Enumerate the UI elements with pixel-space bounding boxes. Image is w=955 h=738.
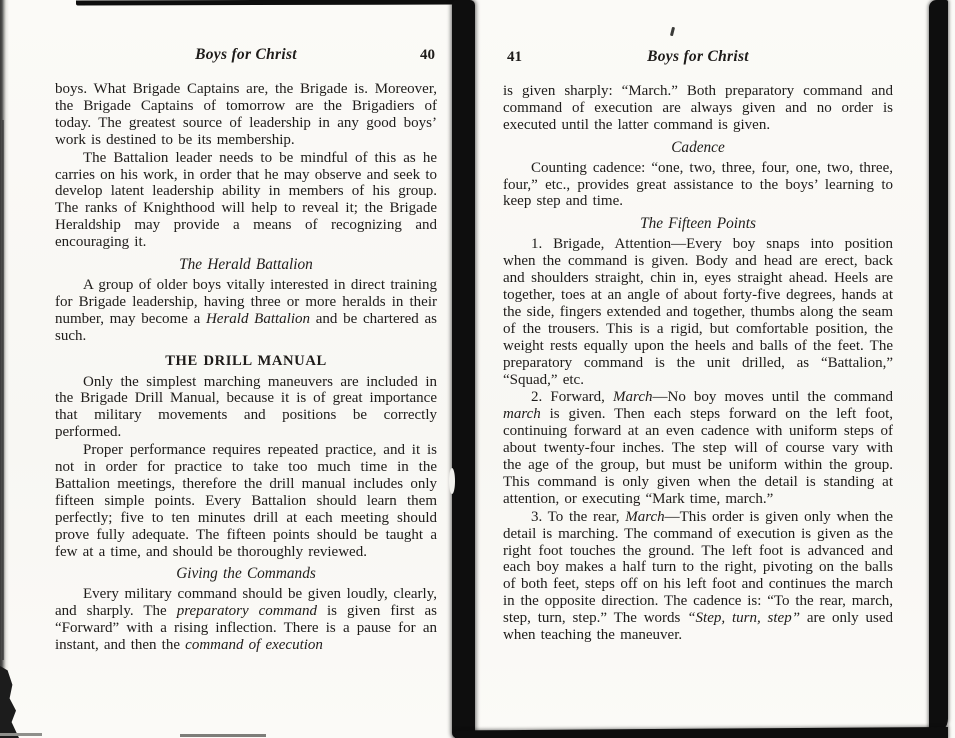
paragraph: The Battalion leader needs to be mindful… xyxy=(55,150,437,251)
running-title: Boys for Christ xyxy=(55,46,437,64)
section-heading: The Herald Battalion xyxy=(55,257,437,274)
paragraph: A group of older boys vitally interested… xyxy=(55,277,437,345)
paragraph: Counting cadence: “one, two, three, four… xyxy=(503,160,893,211)
gutter-nick xyxy=(449,468,455,494)
scan-left-streak xyxy=(2,120,4,660)
running-header-left: Boys for Christ 40 xyxy=(55,46,437,68)
paragraph: is given sharply: “March.” Both preparat… xyxy=(503,83,893,134)
page-number-right: 41 xyxy=(507,49,522,66)
scan-bottom-edge xyxy=(455,727,948,738)
paragraph: 1. Brigade, Attention—Every boy snaps in… xyxy=(503,236,893,388)
section-heading: Giving the Commands xyxy=(55,566,437,583)
scan-bottom-mark xyxy=(180,734,266,737)
paragraph: 3. To the rear, March—This order is give… xyxy=(503,509,893,644)
scan-bottom-left-corner xyxy=(0,666,20,738)
paragraph: 2. Forward, March—No boy moves until the… xyxy=(503,389,893,507)
scan-speck xyxy=(670,27,675,36)
right-page: Boys for Christ 41 is given sharply: “Ma… xyxy=(503,48,893,645)
scan-right-edge xyxy=(929,0,948,734)
paragraph: Every military command should be given l… xyxy=(55,586,437,654)
paragraph: boys. What Brigade Captains are, the Bri… xyxy=(55,81,437,149)
left-page: Boys for Christ 40 boys. What Brigade Ca… xyxy=(55,46,437,655)
section-heading: THE DRILL MANUAL xyxy=(55,353,437,370)
book-gutter xyxy=(452,0,475,738)
running-header-right: Boys for Christ 41 xyxy=(503,48,893,70)
scan-bottom-mark xyxy=(0,733,42,736)
section-heading: The Fifteen Points xyxy=(503,216,893,233)
scan-top-edge xyxy=(76,0,460,6)
running-title: Boys for Christ xyxy=(503,48,893,66)
paragraph: Only the simplest marching maneuvers are… xyxy=(55,374,437,442)
right-page-text: is given sharply: “March.” Both preparat… xyxy=(503,83,893,644)
page-number-left: 40 xyxy=(420,47,435,64)
paragraph: Proper performance requires repeated pra… xyxy=(55,442,437,560)
book-scan: Boys for Christ 40 boys. What Brigade Ca… xyxy=(0,0,955,738)
section-heading: Cadence xyxy=(503,140,893,157)
left-page-text: boys. What Brigade Captains are, the Bri… xyxy=(55,81,437,654)
